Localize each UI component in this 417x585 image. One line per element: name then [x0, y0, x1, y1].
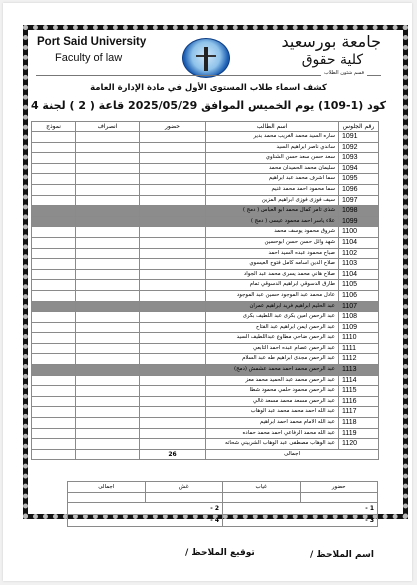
departure-cell[interactable]: [76, 227, 140, 238]
form-cell[interactable]: [32, 322, 76, 333]
attendance-cell[interactable]: [140, 174, 206, 185]
table-row: 1120عبد الوهاب مصطفى عبد الوهاب الشربيني…: [32, 439, 379, 450]
table-row: 1104شهد وائل حسن حسن ابوحسين: [32, 237, 379, 248]
attendance-cell[interactable]: [140, 343, 206, 354]
attendance-cell[interactable]: [140, 132, 206, 143]
attendance-cell[interactable]: [140, 142, 206, 153]
student-name: عبد الرحمن مجدى ابراهيم طه عبد السلام: [206, 354, 339, 365]
summary-item-2: 2 -: [68, 503, 223, 515]
departure-cell[interactable]: [76, 153, 140, 164]
seat-number: 1116: [339, 396, 379, 407]
student-name: ساره السيد محمد الغريب محمد بدير: [206, 132, 339, 143]
observer-signature-label: توقيع الملاحظ /: [185, 548, 255, 558]
table-row: 1094سليمان محمد الحميدان محمد: [32, 163, 379, 174]
seat-number: 1091: [339, 132, 379, 143]
table-row: 1107عبد الحليم ابراهيم فريد ابراهيم عمرا…: [32, 301, 379, 312]
summary-value-row: [68, 492, 378, 503]
attendance-cell[interactable]: [140, 184, 206, 195]
attendance-cell[interactable]: [140, 386, 206, 397]
seat-number: 1104: [339, 237, 379, 248]
attendance-cell[interactable]: [140, 259, 206, 270]
summary-total-value[interactable]: [68, 492, 146, 503]
seat-number: 1117: [339, 407, 379, 418]
departure-cell[interactable]: [76, 248, 140, 259]
seat-number: 1114: [339, 375, 379, 386]
table-row: 1098شذى تامر كمال محمد ابو العباس ( دمج …: [32, 206, 379, 217]
department-label: قسم شئون الطلاب: [321, 70, 367, 76]
summary-item-1: 1 -: [223, 503, 378, 515]
form-cell[interactable]: [32, 269, 76, 280]
summary-absent-header: غياب: [223, 482, 301, 493]
table-row: 1106عادل محمد عبد الموجود حسين عبد الموج…: [32, 290, 379, 301]
form-cell[interactable]: [32, 375, 76, 386]
form-cell[interactable]: [32, 365, 76, 376]
seat-number: 1115: [339, 386, 379, 397]
departure-cell[interactable]: [76, 333, 140, 344]
attendance-cell[interactable]: [140, 195, 206, 206]
departure-cell[interactable]: [76, 195, 140, 206]
table-header-row: رقم الجلوس اسم الطالب حضور انصراف نموذج: [32, 122, 379, 132]
attendance-cell[interactable]: [140, 428, 206, 439]
seat-number: 1120: [339, 439, 379, 450]
seat-number: 1108: [339, 312, 379, 323]
attendance-cell[interactable]: [140, 163, 206, 174]
col-seat-number: رقم الجلوس: [339, 122, 379, 132]
form-cell[interactable]: [32, 396, 76, 407]
table-row: 1112عبد الرحمن مجدى ابراهيم طه عبد السلا…: [32, 354, 379, 365]
departure-cell[interactable]: [76, 216, 140, 227]
form-cell[interactable]: [32, 386, 76, 397]
student-name: عبد الرحمن عصام عبده احمد التابعي: [206, 343, 339, 354]
form-cell[interactable]: [32, 237, 76, 248]
summary-table: حضور غياب غش اجمالى 1 - 2 - 3 - 4 -: [67, 481, 378, 527]
student-name: عبد الرحمن محمد احمد محمد عشمش (دمج): [206, 365, 339, 376]
departure-cell[interactable]: [76, 439, 140, 450]
student-name: صلاح الدين اسامه كامل فتوح العيسوي: [206, 259, 339, 270]
attendance-cell[interactable]: [140, 312, 206, 323]
attendance-cell[interactable]: [140, 269, 206, 280]
summary-attend-header: حضور: [300, 482, 378, 493]
form-cell[interactable]: [32, 163, 76, 174]
table-row: 1119عبد الله محمد الرفاعي احمد محمد حماد…: [32, 428, 379, 439]
form-cell[interactable]: [32, 259, 76, 270]
students-table: رقم الجلوس اسم الطالب حضور انصراف نموذج …: [31, 121, 379, 460]
student-name: سيف فوزى فوزى ابراهيم المزين: [206, 195, 339, 206]
total-empty-cell: [76, 449, 140, 460]
student-name: عبد الرحمن ضاحي مطاوع عبداللطيف السيد: [206, 333, 339, 344]
summary-header-row: حضور غياب غش اجمالى: [68, 482, 378, 493]
table-row: 1118عبد الله الامام محمد احمد ابراهيم: [32, 418, 379, 429]
form-cell[interactable]: [32, 290, 76, 301]
table-row: 1109عبد الرحمن ايمن ابراهيم عبد الفتاح: [32, 322, 379, 333]
form-cell[interactable]: [32, 407, 76, 418]
form-cell[interactable]: [32, 301, 76, 312]
attendance-cell[interactable]: [140, 206, 206, 217]
student-name: سما محمود احمد محمد غنيم: [206, 184, 339, 195]
student-name: عبد الله الامام محمد احمد ابراهيم: [206, 418, 339, 429]
attendance-cell[interactable]: [140, 333, 206, 344]
table-row: 1092ساندي ناصر ابراهيم السيد: [32, 142, 379, 153]
summary-list-row: 3 - 4 -: [68, 515, 378, 527]
departure-cell[interactable]: [76, 206, 140, 217]
departure-cell[interactable]: [76, 142, 140, 153]
table-row: 1100شروق محمود يوسف محمد: [32, 227, 379, 238]
table-row: 1114عبد الرحمن محمد عبد الحميد محمد معز: [32, 375, 379, 386]
seat-number: 1092: [339, 142, 379, 153]
departure-cell[interactable]: [76, 132, 140, 143]
form-cell[interactable]: [32, 312, 76, 323]
student-name: ساندي ناصر ابراهيم السيد: [206, 142, 339, 153]
table-row: 1111عبد الرحمن عصام عبده احمد التابعي: [32, 343, 379, 354]
seat-number: 1094: [339, 163, 379, 174]
form-cell[interactable]: [32, 343, 76, 354]
observer-name-label: اسم الملاحظ /: [310, 550, 374, 560]
university-name-en: Port Said University: [37, 36, 146, 48]
departure-cell[interactable]: [76, 343, 140, 354]
attendance-cell[interactable]: [140, 322, 206, 333]
attendance-cell[interactable]: [140, 216, 206, 227]
table-row: 1097سيف فوزى فوزى ابراهيم المزين: [32, 195, 379, 206]
attendance-cell[interactable]: [140, 396, 206, 407]
table-row: 1115عبد الرحمن محمود حلمي محمود شطا: [32, 386, 379, 397]
form-cell[interactable]: [32, 142, 76, 153]
form-cell[interactable]: [32, 333, 76, 344]
form-cell[interactable]: [32, 216, 76, 227]
student-name: طارق الدسوقي ابراهيم الدسوقي تمام: [206, 280, 339, 291]
seat-number: 1098: [339, 206, 379, 217]
seat-number: 1095: [339, 174, 379, 185]
total-row: اجمالى 26: [32, 449, 379, 460]
departure-cell[interactable]: [76, 312, 140, 323]
departure-cell[interactable]: [76, 322, 140, 333]
form-cell[interactable]: [32, 418, 76, 429]
form-cell[interactable]: [32, 428, 76, 439]
seat-number: 1093: [339, 153, 379, 164]
student-name: صباح محمود عبده السيد احمد: [206, 248, 339, 259]
seat-number: 1113: [339, 365, 379, 376]
form-cell[interactable]: [32, 174, 76, 185]
university-logo-icon: [182, 38, 230, 78]
seat-number: 1105: [339, 280, 379, 291]
seat-number: 1109: [339, 322, 379, 333]
seat-number: 1119: [339, 428, 379, 439]
form-cell[interactable]: [32, 280, 76, 291]
form-cell[interactable]: [32, 354, 76, 365]
seat-number: 1103: [339, 259, 379, 270]
table-row: 1116عبد الرحمن مسعد محمد مسعد غالي: [32, 396, 379, 407]
table-row: 1099علاء ياسر احمد محمود عيسى ( دمج ): [32, 216, 379, 227]
student-name: عبد الحليم ابراهيم فريد ابراهيم عمران: [206, 301, 339, 312]
departure-cell[interactable]: [76, 428, 140, 439]
summary-absent-value[interactable]: [223, 492, 301, 503]
summary-total-header: اجمالى: [68, 482, 146, 493]
seat-number: 1107: [339, 301, 379, 312]
seat-number: 1099: [339, 216, 379, 227]
seat-number: 1112: [339, 354, 379, 365]
student-name: عادل محمد عبد الموجود حسين عبد الموجود: [206, 290, 339, 301]
form-cell[interactable]: [32, 227, 76, 238]
student-name: صلاح هاني محمد يسرى محمد عبد الجواد: [206, 269, 339, 280]
seat-number: 1118: [339, 418, 379, 429]
attendance-cell[interactable]: [140, 407, 206, 418]
table-row: 1093سعد حسن سعد حسن الشناوي: [32, 153, 379, 164]
student-name: عبد الرحمن محمد عبد الحميد محمد معز: [206, 375, 339, 386]
total-empty-cell: [32, 449, 76, 460]
faculty-name-en: Faculty of law: [55, 52, 122, 64]
student-name: عبد الرحمن امين بكرى عبد اللطيف بكرى: [206, 312, 339, 323]
attendance-cell[interactable]: [140, 290, 206, 301]
student-name: سعد حسن سعد حسن الشناوي: [206, 153, 339, 164]
form-cell[interactable]: [32, 195, 76, 206]
summary-item-3: 3 -: [223, 515, 378, 527]
seat-number: 1104: [339, 269, 379, 280]
seat-number: 1102: [339, 248, 379, 259]
student-name: عبد الله احمد محمد محمد عبد الوهاب: [206, 407, 339, 418]
logo-lighthouse-decor: [204, 47, 208, 71]
departure-cell[interactable]: [76, 375, 140, 386]
student-name: سليمان محمد الحميدان محمد: [206, 163, 339, 174]
form-cell[interactable]: [32, 153, 76, 164]
seat-number: 1106: [339, 290, 379, 301]
student-name: شروق محمود يوسف محمد: [206, 227, 339, 238]
student-name: شذى تامر كمال محمد ابو العباس ( دمج ): [206, 206, 339, 217]
total-value: 26: [140, 449, 206, 460]
student-name: شهد وائل حسن حسن ابوحسين: [206, 237, 339, 248]
student-name: عبد الله محمد الرفاعي احمد محمد حماده: [206, 428, 339, 439]
table-row: 1108عبد الرحمن امين بكرى عبد اللطيف بكرى: [32, 312, 379, 323]
departure-cell[interactable]: [76, 354, 140, 365]
seat-number: 1110: [339, 333, 379, 344]
form-cell[interactable]: [32, 248, 76, 259]
attendance-cell[interactable]: [140, 354, 206, 365]
col-attendance: حضور: [140, 122, 206, 132]
form-cell[interactable]: [32, 184, 76, 195]
attendance-cell[interactable]: [140, 153, 206, 164]
form-cell[interactable]: [32, 206, 76, 217]
table-row: 1104صلاح هاني محمد يسرى محمد عبد الجواد: [32, 269, 379, 280]
summary-cheat-value[interactable]: [145, 492, 223, 503]
university-name-ar: جامعة بورسعيد: [281, 32, 381, 51]
student-name: عبد الوهاب مصطفى عبد الوهاب الشربيني شحا…: [206, 439, 339, 450]
col-student-name: اسم الطالب: [206, 122, 339, 132]
total-label: اجمالى: [206, 449, 379, 460]
faculty-name-ar: كلية حقوق: [302, 52, 363, 68]
departure-cell[interactable]: [76, 163, 140, 174]
summary-attend-value[interactable]: [300, 492, 378, 503]
student-name: علاء ياسر احمد محمود عيسى ( دمج ): [206, 216, 339, 227]
departure-cell[interactable]: [76, 365, 140, 376]
col-form: نموذج: [32, 122, 76, 132]
attendance-cell[interactable]: [140, 365, 206, 376]
student-name: سما اشرف محمد عبد ابراهيم: [206, 174, 339, 185]
summary-cheat-header: غش: [145, 482, 223, 493]
seat-number: 1111: [339, 343, 379, 354]
attendance-cell[interactable]: [140, 280, 206, 291]
attendance-cell[interactable]: [140, 439, 206, 450]
summary-item-4: 4 -: [68, 515, 223, 527]
departure-cell[interactable]: [76, 290, 140, 301]
attendance-cell[interactable]: [140, 418, 206, 429]
attendance-cell[interactable]: [140, 237, 206, 248]
departure-cell[interactable]: [76, 259, 140, 270]
table-row: 1117عبد الله احمد محمد محمد عبد الوهاب: [32, 407, 379, 418]
table-row: 1095سما اشرف محمد عبد ابراهيم: [32, 174, 379, 185]
seat-number: 1097: [339, 195, 379, 206]
seat-number: 1100: [339, 227, 379, 238]
table-row: 1103صلاح الدين اسامه كامل فتوح العيسوي: [32, 259, 379, 270]
departure-cell[interactable]: [76, 237, 140, 248]
table-row: 1091ساره السيد محمد الغريب محمد بدير: [32, 132, 379, 143]
attendance-cell[interactable]: [140, 248, 206, 259]
student-name: عبد الرحمن محمود حلمي محمود شطا: [206, 386, 339, 397]
col-departure: انصراف: [76, 122, 140, 132]
table-row: 1113عبد الرحمن محمد احمد محمد عشمش (دمج): [32, 365, 379, 376]
departure-cell[interactable]: [76, 396, 140, 407]
departure-cell[interactable]: [76, 386, 140, 397]
exam-info: كود (1-109) يوم الخميس الموافق 2025/05/2…: [0, 99, 417, 112]
departure-cell[interactable]: [76, 301, 140, 312]
table-row: 1110عبد الرحمن ضاحي مطاوع عبداللطيف السي…: [32, 333, 379, 344]
departure-cell[interactable]: [76, 407, 140, 418]
departure-cell[interactable]: [76, 418, 140, 429]
student-name: عبد الرحمن ايمن ابراهيم عبد الفتاح: [206, 322, 339, 333]
student-name: عبد الرحمن مسعد محمد مسعد غالي: [206, 396, 339, 407]
summary-list-row: 1 - 2 -: [68, 503, 378, 515]
seat-number: 1096: [339, 184, 379, 195]
departure-cell[interactable]: [76, 269, 140, 280]
departure-cell[interactable]: [76, 280, 140, 291]
form-cell[interactable]: [32, 132, 76, 143]
form-cell[interactable]: [32, 439, 76, 450]
table-row: 1102صباح محمود عبده السيد احمد: [32, 248, 379, 259]
table-row: 1096سما محمود احمد محمد غنيم: [32, 184, 379, 195]
document-title: كشف اسماء طلاب المستوى الأول في مادة الإ…: [0, 83, 417, 93]
departure-cell[interactable]: [76, 184, 140, 195]
departure-cell[interactable]: [76, 174, 140, 185]
table-row: 1105طارق الدسوقي ابراهيم الدسوقي تمام: [32, 280, 379, 291]
attendance-cell[interactable]: [140, 375, 206, 386]
attendance-cell[interactable]: [140, 301, 206, 312]
attendance-cell[interactable]: [140, 227, 206, 238]
